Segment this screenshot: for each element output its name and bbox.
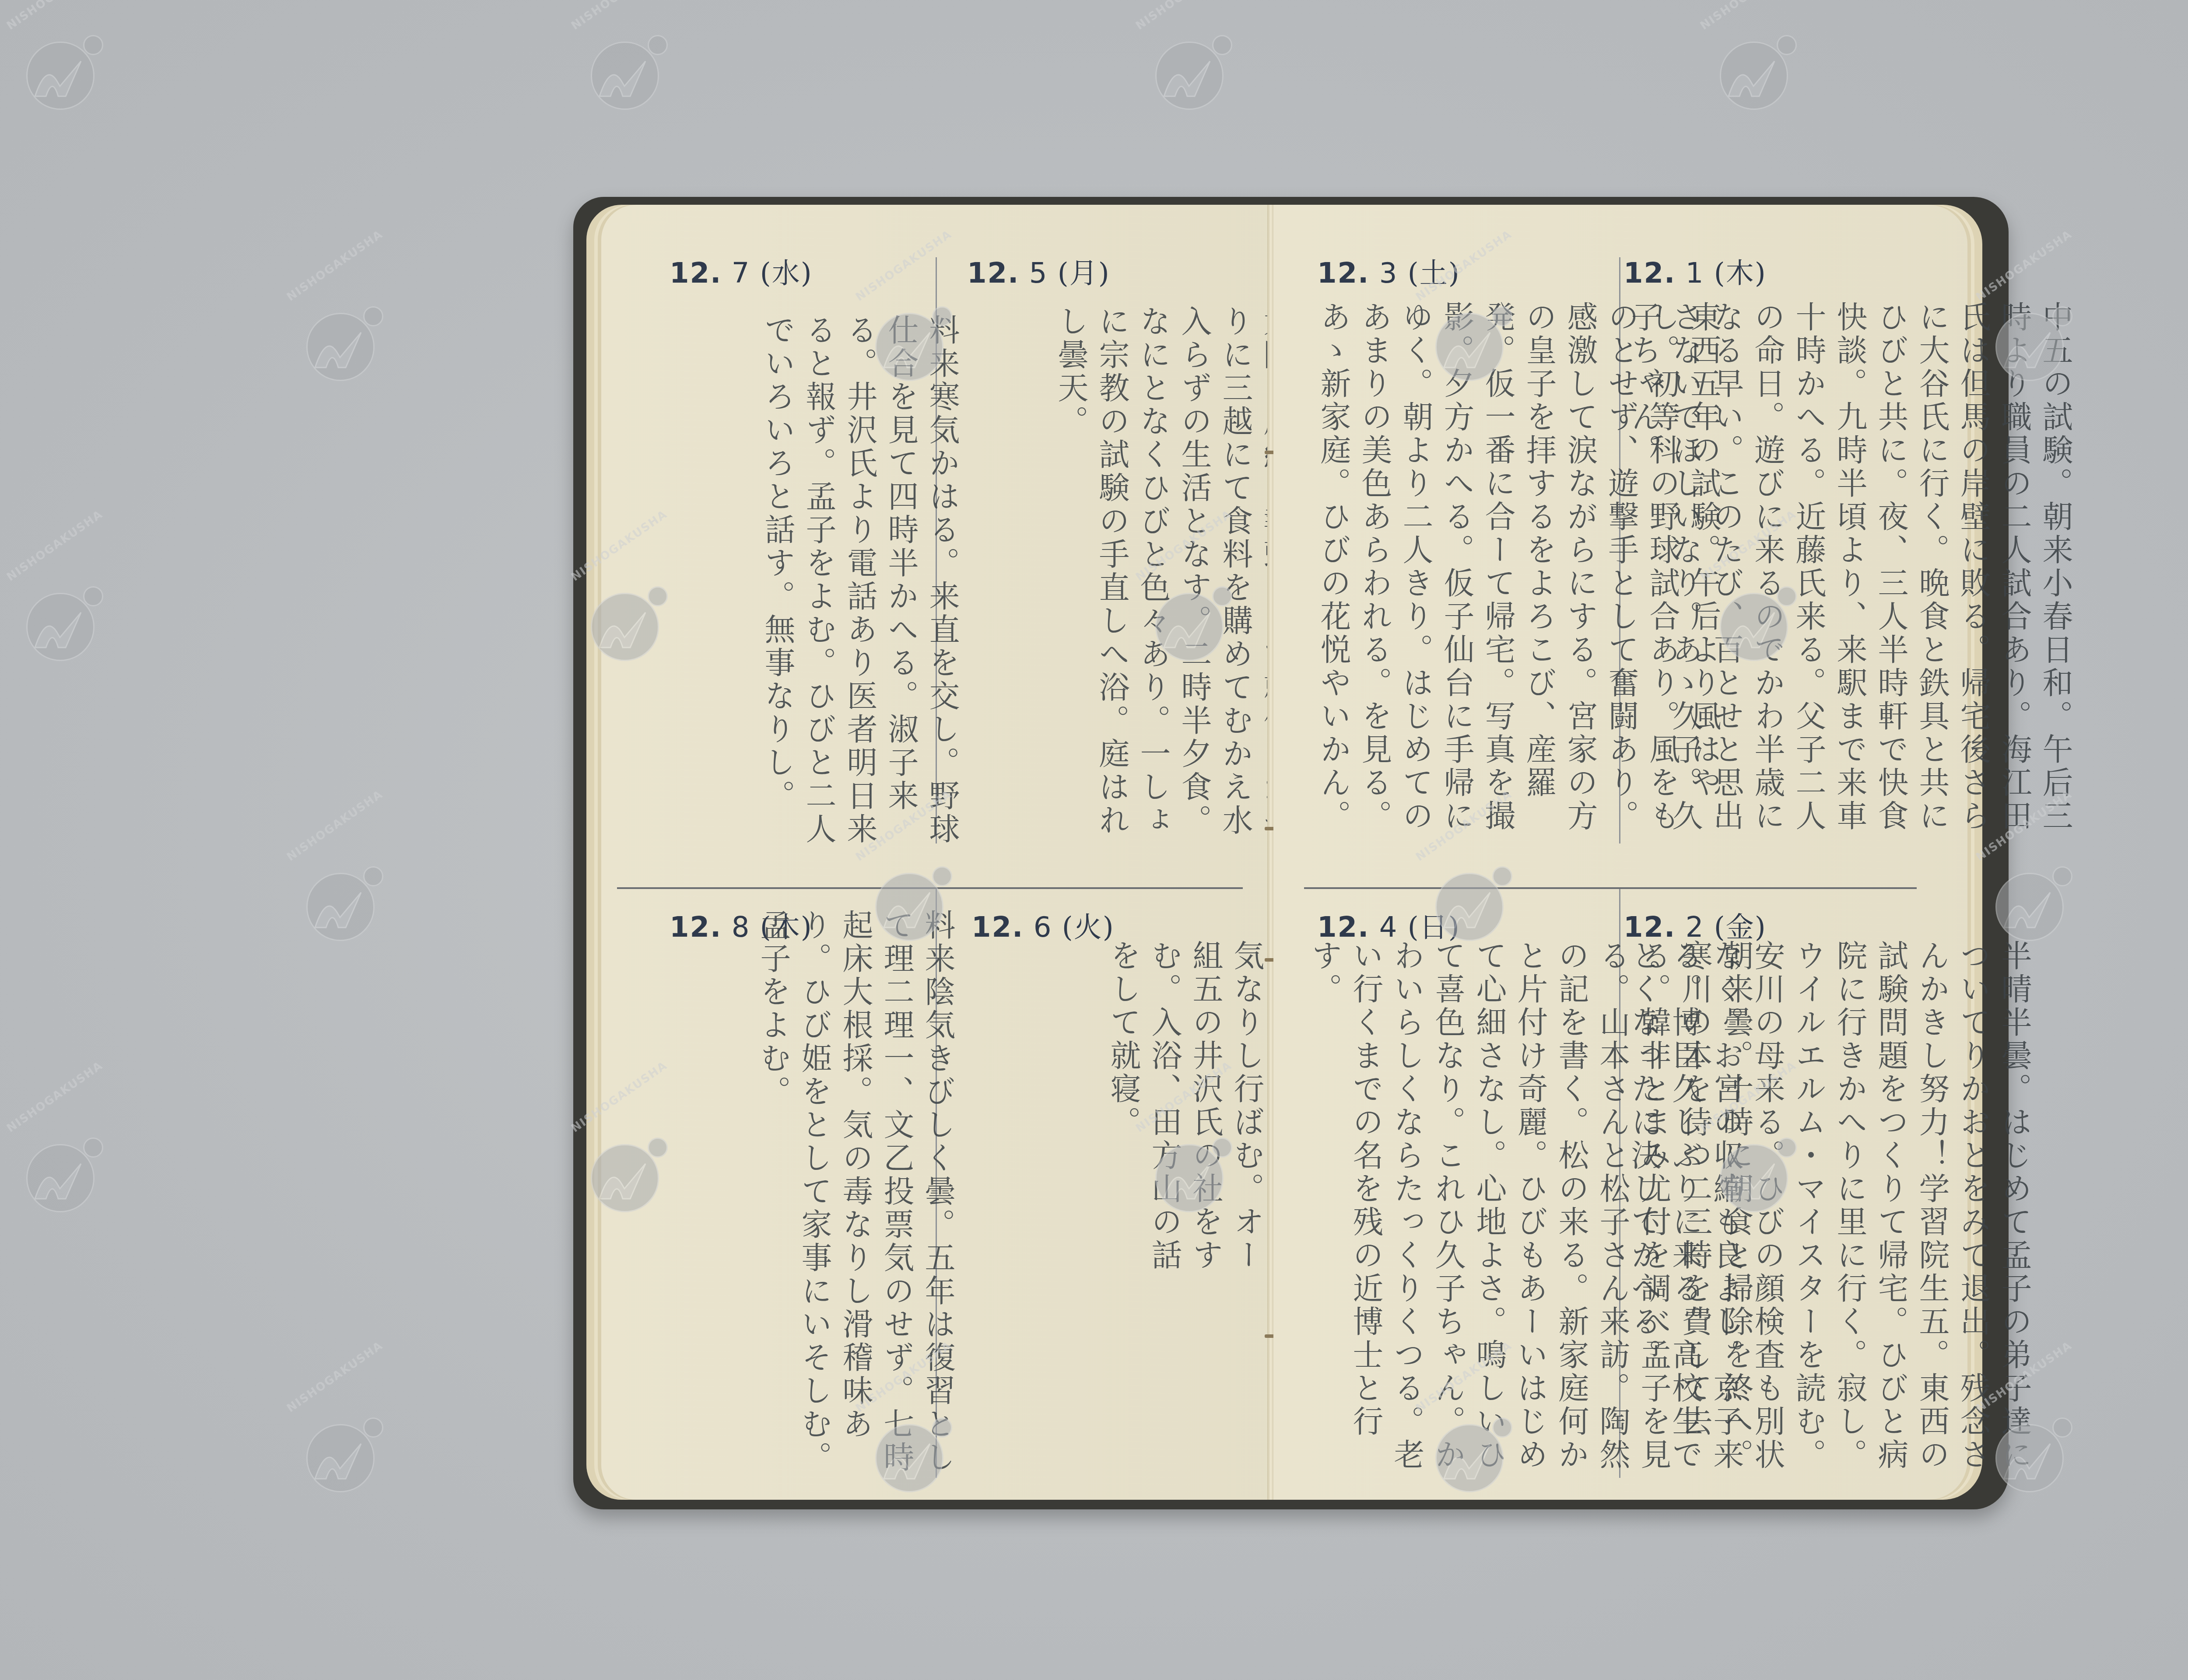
nishogakusha-logo-icon: NISHOGAKUSHA <box>9 17 109 118</box>
nishogakusha-logo-icon: NISHOGAKUSHA <box>289 289 389 389</box>
nishogakusha-logo-icon: NISHOGAKUSHA <box>289 849 389 949</box>
nishogakusha-logo-icon: NISHOGAKUSHA <box>573 1120 674 1221</box>
nishogakusha-logo-icon: NISHOGAKUSHA <box>1702 17 1803 118</box>
diary-entry-12-2: 半晴半曇。はじめて孟子の弟子達についてりかおとをみて退出。残念さんかきし努力！学… <box>1623 940 2035 1482</box>
nishogakusha-logo-icon: NISHOGAKUSHA <box>1418 849 1518 949</box>
nishogakusha-logo-icon: NISHOGAKUSHA <box>1978 289 2079 389</box>
nishogakusha-logo-icon: NISHOGAKUSHA <box>1418 289 1518 389</box>
nishogakusha-logo-icon: NISHOGAKUSHA <box>1138 1120 1238 1221</box>
nishogakusha-logo-icon: NISHOGAKUSHA <box>1418 1400 1518 1501</box>
nishogakusha-logo-icon: NISHOGAKUSHA <box>1978 849 2079 949</box>
notebook: 12. 7 (水) 料来寒気かはる。来直を交し。野球仕合を見て四時半かへる。淑子… <box>573 197 2009 1509</box>
right-page: 12. 3 (土) 東西五年の試験。午后より風はやし。初等科の野球試合あり。風を… <box>1273 205 1982 1500</box>
nishogakusha-logo-icon: NISHOGAKUSHA <box>1138 17 1238 118</box>
diary-entry-12-8: 料来陰気きびしく曇。五年は復習として理二理一、文乙投票気のせず。七時起床大根採。… <box>753 909 958 1478</box>
entry-date-12-6: 12. 6 (火) <box>971 905 1115 945</box>
nishogakusha-logo-icon: NISHOGAKUSHA <box>573 17 674 118</box>
nishogakusha-logo-icon: NISHOGAKUSHA <box>1702 569 1803 669</box>
entry-date-12-5: 12. 5 (月) <box>967 251 1110 291</box>
nishogakusha-logo-icon: NISHOGAKUSHA <box>9 569 109 669</box>
nishogakusha-logo-icon: NISHOGAKUSHA <box>573 569 674 669</box>
entry-date-12-2: 12. 2 (金) <box>1623 905 1767 945</box>
nishogakusha-logo-icon: NISHOGAKUSHA <box>9 1120 109 1221</box>
nishogakusha-logo-icon: NISHOGAKUSHA <box>858 849 958 949</box>
diary-entry-12-7: 料来寒気かはる。来直を交し。野球仕合を見て四時半かへる。淑子来る。井沢氏より電話… <box>757 314 963 848</box>
nishogakusha-logo-icon: NISHOGAKUSHA <box>1138 569 1238 669</box>
entry-date-12-7: 12. 7 (水) <box>670 251 813 291</box>
nishogakusha-logo-icon: NISHOGAKUSHA <box>858 1400 958 1501</box>
nishogakusha-logo-icon: NISHOGAKUSHA <box>1702 1120 1803 1221</box>
nishogakusha-logo-icon: NISHOGAKUSHA <box>858 289 958 389</box>
row-divider <box>1304 887 1917 889</box>
nishogakusha-logo-icon: NISHOGAKUSHA <box>289 1400 389 1501</box>
entry-date-12-1: 12. 1 (木) <box>1623 251 1767 291</box>
nishogakusha-logo-icon: NISHOGAKUSHA <box>1978 1400 2079 1501</box>
